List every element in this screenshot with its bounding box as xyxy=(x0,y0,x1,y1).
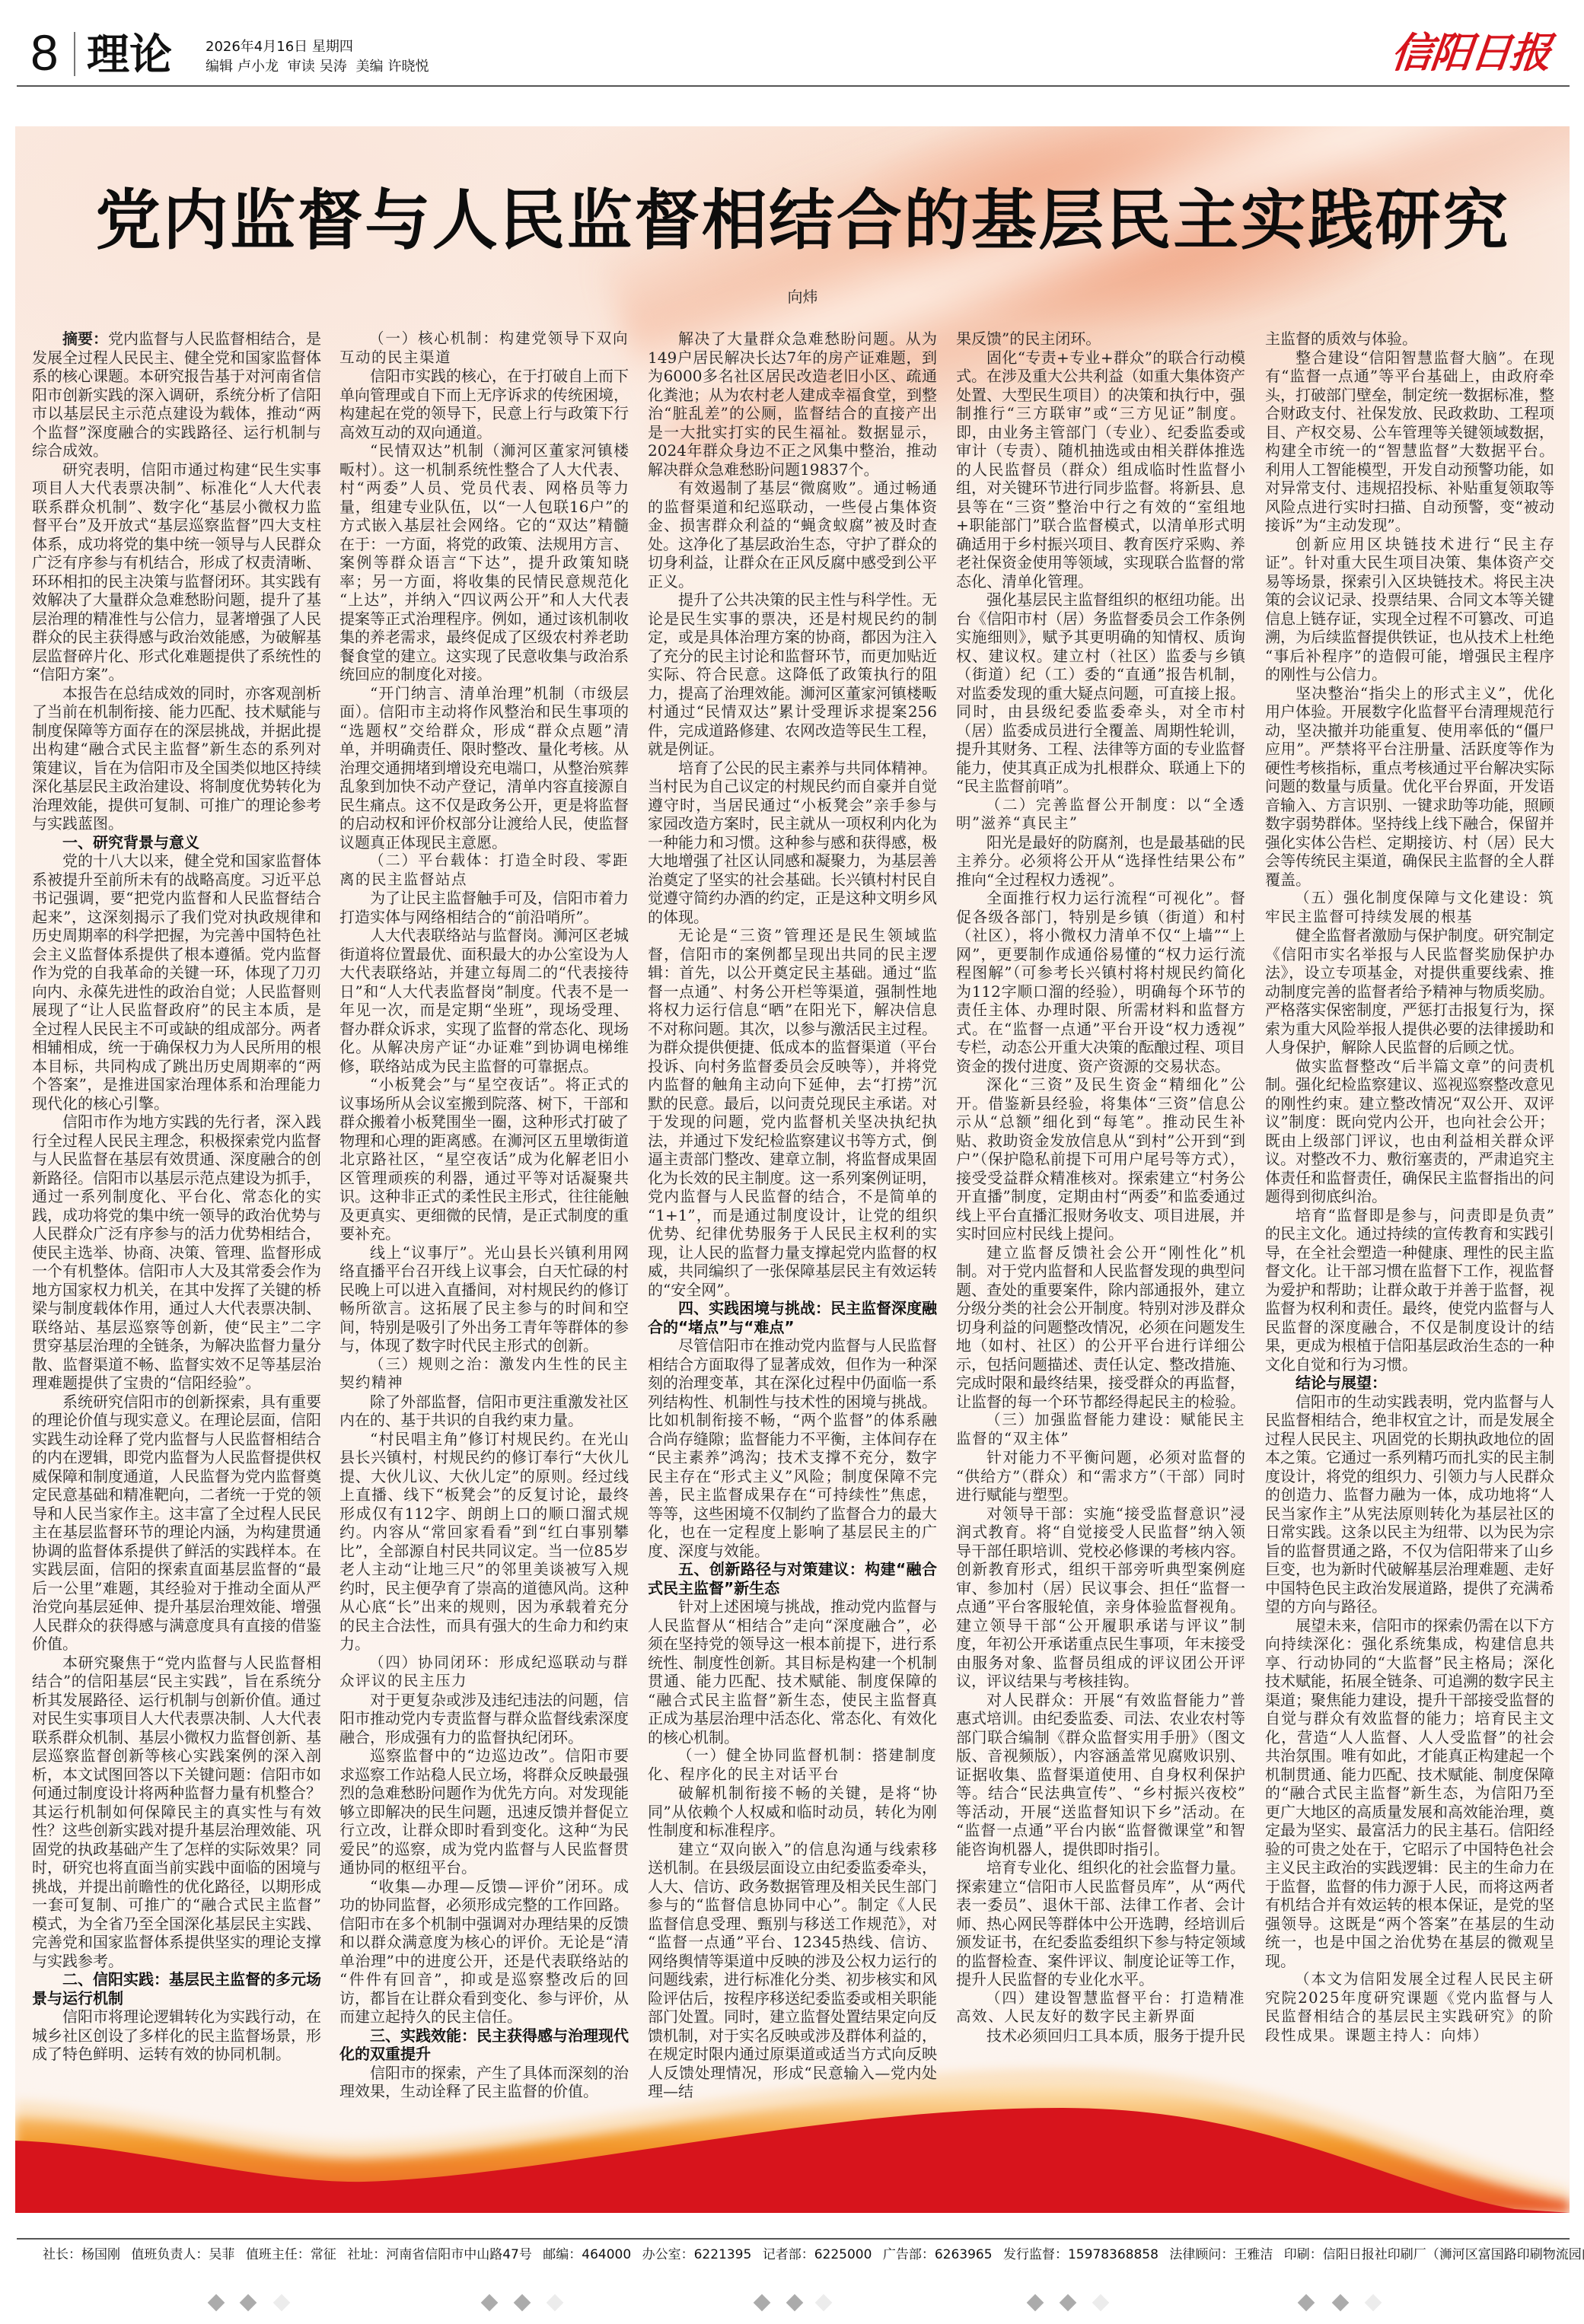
section-heading: 五、创新路径与对策建议：构建“融合式民主监督”新生态 xyxy=(648,1560,937,1597)
paragraph: 培育了公民的民主素养与共同体精神。当村民为自己议定的村规民约而自豪并自觉遵守时，… xyxy=(648,759,937,927)
diamond-icon xyxy=(481,2294,499,2312)
footer-item: 值班负责人：吴菲 xyxy=(131,2247,234,2262)
newspaper-logo: 信阳日报 xyxy=(1389,27,1562,78)
diamond-icon xyxy=(208,2294,225,2312)
diamond-icon xyxy=(547,2294,564,2312)
paragraph: 破解机制衔接不畅的关键，是将“协同”从依赖个人权威和临时动员，转化为刚性制度和标… xyxy=(648,1784,937,1840)
paragraph: 培育“监督即是参与，问责即是负责”的民主文化。通过持续的宣传教育和实践引导，在全… xyxy=(1265,1206,1554,1374)
subsection-heading: （三）加强监督能力建设：赋能民主监督的“双主体” xyxy=(956,1411,1245,1448)
paragraph: 信阳市的生动实践表明，党内监督与人民监督相结合，绝非权宜之计，而是发展全过程人民… xyxy=(1265,1393,1554,1616)
paragraph: “收集—办理—反馈—评价”闭环。成功的协同监督，必须形成完整的工作回路。信阳市在… xyxy=(339,1877,629,2026)
paragraph: 系统研究信阳市的创新探索，具有重要的理论价值与现实意义。在理论层面，信阳实践生动… xyxy=(32,1393,321,1654)
paragraph: 做实监督整改“后半篇文章”的问责机制。强化纪检监察建议、巡视巡察整改意见的刚性约… xyxy=(1265,1057,1554,1206)
diamond-icon xyxy=(1365,2294,1382,2312)
issue-date: 2026年4月16日 星期四 xyxy=(206,40,353,55)
abstract-label: 摘要： xyxy=(62,329,108,348)
section-heading: 二、信阳实践：基层民主监督的多元场景与运行机制 xyxy=(32,1970,321,2007)
editor-credits: 编辑卢小龙 审读吴涛 美编许晓悦 xyxy=(206,59,433,75)
subsection-heading: （五）强化制度保障与文化建设：筑牢民主监督可持续发展的根基 xyxy=(1265,889,1554,926)
credit-name: 卢小龙 xyxy=(237,59,279,75)
paragraph: 培育专业化、组织化的社会监督力量。探索建立“信阳市人民监督员库”，从“两代表一委… xyxy=(956,1858,1245,1989)
subsection-heading: （四）协同闭环：形成纪巡联动与群众评议的民主压力 xyxy=(339,1654,629,1691)
article-author: 向炜 xyxy=(11,288,1584,306)
diamond-icon xyxy=(754,2294,771,2312)
diamond-icon xyxy=(1027,2294,1044,2312)
paragraph: 巡察监督中的“边巡边改”。信阳市要求巡察工作站稳人民立场，将群众反映最强烈的急难… xyxy=(339,1746,629,1877)
footer-item: 办公室：6221395 xyxy=(642,2247,752,2262)
text-column-2: （一）核心机制：构建党领导下双向互动的民主渠道 信阳市实践的核心，在于打破自上而… xyxy=(339,329,629,2101)
diamond-icon xyxy=(273,2294,291,2312)
paragraph: 对领导干部：实施“接受监督意识”浸润式教育。将“自觉接受人民监督”纳入领导干部任… xyxy=(956,1504,1245,1691)
footer-item: 值班主任：常征 xyxy=(246,2247,336,2262)
paragraph: 针对上述困境与挑战，推动党内监督与人民监督从“相结合”走向“深度融合”，必须在坚… xyxy=(648,1597,937,1746)
footer-item: 记者部：6225000 xyxy=(763,2247,872,2262)
text-column-4: 果反馈”的民主闭环。 固化“专责+专业+群众”的联合行动模式。在涉及重大公共利益… xyxy=(956,329,1245,2045)
subsection-heading: （三）规则之治：激发内生性的民主契约精神 xyxy=(339,1355,629,1393)
footer-item: 印刷：信阳日报社印刷厂（浉河区富国路印刷物流园内） xyxy=(1284,2247,1584,2262)
section-name: 理论 xyxy=(87,33,172,78)
paragraph: “开门纳言、清单治理”机制（市级层面）。信阳市主动将作风整治和民生事项的“选题权… xyxy=(339,684,629,852)
credit-role: 审读 xyxy=(288,59,315,75)
paragraph: 尽管信阳市在推动党内监督与人民监督相结合方面取得了显著成效，但作为一种深刻的治理… xyxy=(648,1336,937,1560)
section-heading: 结论与展望： xyxy=(1265,1374,1554,1393)
paragraph: 针对能力不平衡问题，必须对监督的“供给方”（群众）和“需求方”（干部）同时进行赋… xyxy=(956,1448,1245,1504)
paragraph: 坚决整治“指尖上的形式主义”，优化用户体验。开展数字化监督平台清理规范行动，坚决… xyxy=(1265,684,1554,890)
section-heading: 三、实践效能：民主获得感与治理现代化的双重提升 xyxy=(339,2026,629,2064)
paragraph: “民情双达”机制（浉河区董家河镇楼畈村）。这一机制系统性整合了人大代表、村“两委… xyxy=(339,441,629,684)
paragraph: 创新应用区块链技术进行“民主存证”。针对重大民生项目决策、集体资产交易等场景，探… xyxy=(1265,535,1554,684)
abstract-text: 党内监督与人民监督相结合，是发展全过程人民民主、健全党和国家监督体系的核心课题。… xyxy=(32,329,321,460)
diamond-icon xyxy=(1060,2294,1077,2312)
paragraph: 强化基层民主监督组织的枢纽功能。出台《信阳市村（居）务监督委员会工作条例实施细则… xyxy=(956,591,1245,796)
paragraph: “小板凳会”与“星空夜话”。将正式的议事场所从会议室搬到院落、树下，干部和群众搬… xyxy=(339,1075,629,1243)
research-note: （本文为信阳发展全过程人民民主研究院2025年度研究课题《党内监督与人民监督相结… xyxy=(1265,1970,1554,2045)
subsection-heading: （四）建设智慧监督平台：打造精准高效、人民友好的数字民主新界面 xyxy=(956,1989,1245,2026)
paragraph: 整合建设“信阳智慧监督大脑”。在现有“监督一点通”等平台基础上，由政府牵头，打破… xyxy=(1265,349,1554,535)
paragraph: 解决了大量群众急难愁盼问题。从为149户居民解决长达7年的房产证难题，到为600… xyxy=(648,329,937,479)
subsection-heading: （一）健全协同监督机制：搭建制度化、程序化的民主对话平台 xyxy=(648,1746,937,1784)
footer-item: 广告部：6263965 xyxy=(883,2247,993,2262)
diamond-icon xyxy=(1092,2294,1110,2312)
paragraph: 建立监督反馈社会公开“刚性化”机制。对于党内监督和人民监督发现的典型问题、查处的… xyxy=(956,1243,1245,1412)
paragraph: 信阳市作为地方实践的先行者，深入践行全过程人民民主理念，积极探索党内监督与人民监… xyxy=(32,1113,321,1393)
text-column-3: 解决了大量群众急难愁盼问题。从为149户居民解决长达7年的房产证难题，到为600… xyxy=(648,329,937,2101)
text-column-1: 摘要：党内监督与人民监督相结合，是发展全过程人民民主、健全党和国家监督体系的核心… xyxy=(32,329,321,2064)
paragraph: 线上“议事厅”。光山县长兴镇利用网络直播平台召开线上议事会，白天忙碌的村民晚上可… xyxy=(339,1243,629,1355)
header-divider xyxy=(74,32,75,76)
paragraph: 本报告在总结成效的同时，亦客观剖析了当前在机制衔接、能力匹配、技术赋能与制度保障… xyxy=(32,684,321,833)
footer-rule xyxy=(17,2238,1570,2240)
paragraph: 除了外部监督，信阳市更注重激发社区内在的、基于共识的自我约束力量。 xyxy=(339,1393,629,1430)
paragraph: “村民唱主角”修订村规民约。在光山县长兴镇村，村规民约的修订奉行“大伙儿提、大伙… xyxy=(339,1430,629,1654)
credit-name: 吴涛 xyxy=(320,59,347,75)
credit-role: 编辑 xyxy=(206,59,233,75)
article-title: 党内监督与人民监督相结合的基层民主实践研究 xyxy=(11,184,1584,257)
diamond-icon xyxy=(815,2294,833,2312)
paragraph: 技术必须回归工具本质，服务于提升民 xyxy=(956,2026,1245,2045)
diamond-icon xyxy=(514,2294,531,2312)
paragraph: 信阳市实践的核心，在于打破自上而下单向管理或自下而上无序诉求的传统困境，构建起在… xyxy=(339,367,629,441)
paragraph: 有效遏制了基层“微腐败”。通过畅通的监督渠道和纪巡联动，一些侵占集体资金、损害群… xyxy=(648,479,937,591)
paragraph: 对人民群众：开展“有效监督能力”普惠式培训。由纪委监委、司法、农业农村等部门联合… xyxy=(956,1691,1245,1859)
section-heading: 四、实践困境与挑战：民主监督深度融合的“堵点”与“难点” xyxy=(648,1299,937,1336)
diamond-icon xyxy=(786,2294,804,2312)
paragraph-continued: 主监督的质效与体验。 xyxy=(1265,329,1554,349)
paragraph: 健全监督者激励与保护制度。研究制定《信阳市实名举报与人民监督奖励保护办法》，设立… xyxy=(1265,926,1554,1057)
paragraph: 建立“双向嵌入”的信息沟通与线索移送机制。在县级层面设立由纪委监委牵头，人大、信… xyxy=(648,1840,937,2101)
header-rule xyxy=(17,85,1570,87)
diamond-icon xyxy=(1298,2294,1315,2312)
paragraph: 提升了公共决策的民主性与科学性。无论是民生实事的票决，还是村规民约的制定，或是具… xyxy=(648,591,937,759)
paragraph: 深化“三资”及民生资金“精细化”公开。借鉴新县经验，将集体“三资”信息公示从“总… xyxy=(956,1075,1245,1243)
paragraph: 全面推行权力运行流程“可视化”。督促各级各部门，特别是乡镇（街道）和村（社区），… xyxy=(956,889,1245,1075)
text-column-5: 主监督的质效与体验。 整合建设“信阳智慧监督大脑”。在现有“监督一点通”等平台基… xyxy=(1265,329,1554,2045)
credit-name: 许晓悦 xyxy=(387,59,429,75)
subsection-heading: （二）平台载体：打造全时段、零距离的民主监督站点 xyxy=(339,852,629,889)
paragraph: 党的十八大以来，健全党和国家监督体系被提升至前所未有的战略高度。习近平总书记强调… xyxy=(32,852,321,1113)
footer-item: 社长：杨国刚 xyxy=(43,2247,120,2262)
footer-item: 发行监督：15978368858 xyxy=(1003,2247,1159,2262)
subsection-heading: （一）核心机制：构建党领导下双向互动的民主渠道 xyxy=(339,329,629,367)
diamond-icon xyxy=(240,2294,257,2312)
paragraph: 信阳市的探索，产生了具体而深刻的治理效果，生动诠释了民主监督的价值。 xyxy=(339,2064,629,2101)
paragraph: 固化“专责+专业+群众”的联合行动模式。在涉及重大公共利益（如重大集体资产处置、… xyxy=(956,349,1245,591)
paragraph: 展望未来，信阳市的探索仍需在以下方向持续深化：强化系统集成，构建信息共享、行动协… xyxy=(1265,1616,1554,1971)
credit-role: 美编 xyxy=(355,59,383,75)
diamond-icon xyxy=(1332,2294,1350,2312)
paragraph: 研究表明，信阳市通过构建“民生实事项目人大代表票决制”、标准化“人大代表联系群众… xyxy=(32,460,321,684)
paragraph: 无论是“三资”管理还是民生领域监督，信阳市的案例都呈现出共同的民主逻辑：首先，以… xyxy=(648,926,937,1299)
page-number: 8 xyxy=(30,26,59,79)
subsection-heading: （二）完善监督公开制度：以“全透明”滋养“真民主” xyxy=(956,796,1245,833)
abstract-paragraph: 摘要：党内监督与人民监督相结合，是发展全过程人民民主、健全党和国家监督体系的核心… xyxy=(32,329,321,460)
paragraph: 阳光是最好的防腐剂，也是最基础的民主养分。必须将公开从“选择性结果公布”推向“全… xyxy=(956,833,1245,890)
paragraph: 本研究聚焦于“党内监督与人民监督相结合”的信阳基层“民主实践”，旨在系统分析其发… xyxy=(32,1654,321,1971)
paragraph: 人大代表联络站与监督岗。浉河区老城街道将位置最优、面积最大的办公室设为人大代表联… xyxy=(339,926,629,1075)
paragraph-continued: 果反馈”的民主闭环。 xyxy=(956,329,1245,349)
footer-item: 邮编：464000 xyxy=(543,2247,631,2262)
paragraph: 对于更复杂或涉及违纪违法的问题，信阳市推动党内专责监督与群众监督线索深度融合，形… xyxy=(339,1691,629,1747)
masthead-footer: 社长：杨国刚 值班负责人：吴菲 值班主任：常征 社址：河南省信阳市中山路47号 … xyxy=(43,2247,1584,2262)
paragraph: 为了让民主监督触手可及，信阳市着力打造实体与网络相结合的“前沿哨所”。 xyxy=(339,889,629,926)
section-heading: 一、研究背景与意义 xyxy=(32,833,321,852)
footer-item: 社址：河南省信阳市中山路47号 xyxy=(347,2247,532,2262)
paragraph: 信阳市将理论逻辑转化为实践行动，在城乡社区创设了多样化的民主监督场景，形成了特色… xyxy=(32,2007,321,2064)
footer-item: 法律顾问：王雅洁 xyxy=(1169,2247,1273,2262)
